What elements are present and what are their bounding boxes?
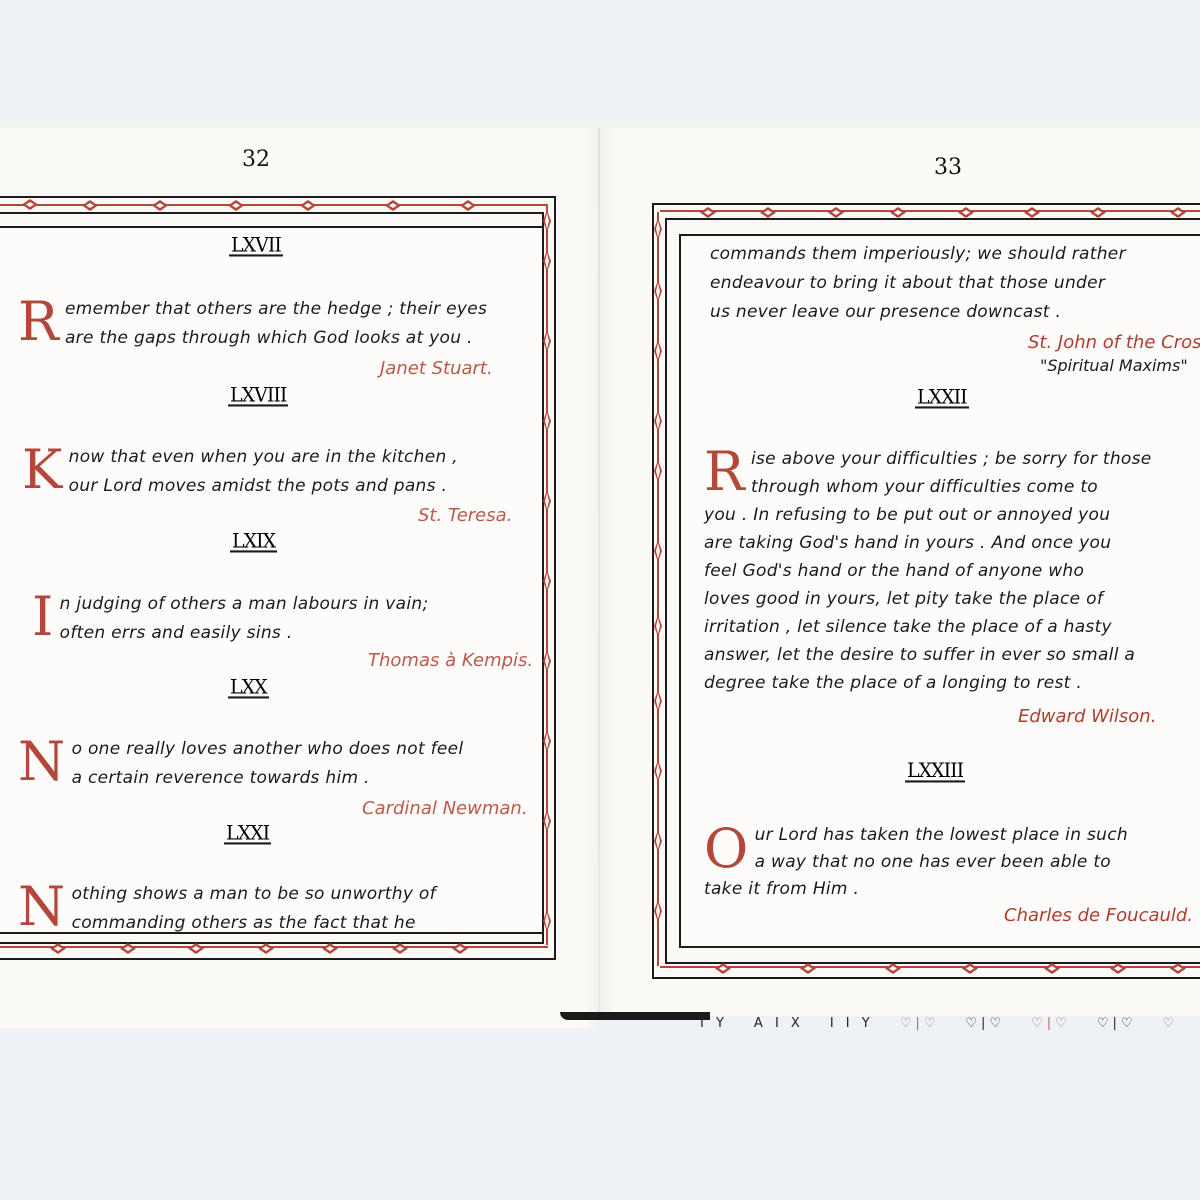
book-cover-edge (560, 1012, 710, 1020)
right-red-rule-top (660, 210, 1200, 212)
quote-line: commands them imperiously; we should rat… (710, 240, 1126, 269)
quote-line: degree take the place of a longing to re… (704, 669, 1135, 697)
quote-line: o one really loves another who does not … (18, 735, 410, 764)
quote-attribution: Cardinal Newman. (362, 798, 528, 819)
quote-line: are taking God's hand in yours . And onc… (704, 529, 1135, 557)
drop-cap: O (704, 824, 749, 874)
entry-numeral: LXXI (224, 824, 271, 845)
quote-line: ise above your difficulties ; be sorry f… (704, 445, 1135, 473)
book-gutter (598, 128, 600, 1018)
drop-cap: N (18, 882, 66, 932)
quote-attribution: Janet Stuart. (380, 358, 493, 379)
drop-cap: R (18, 297, 59, 347)
quote-text: R emember that others are the hedge ; th… (18, 295, 440, 353)
quote-text: N othing shows a man to be so unworthy o… (18, 880, 382, 938)
quote-attribution: St. Teresa. (418, 505, 512, 526)
quote-line: often errs and easily sins . (32, 619, 401, 648)
quote-line: othing shows a man to be so unworthy of (18, 880, 382, 909)
right-red-rule-left (657, 212, 659, 966)
quote-attribution: Edward Wilson. (1018, 706, 1156, 727)
quote-attribution: Thomas à Kempis. (368, 650, 533, 671)
quote-text: K now that even when you are in the kitc… (22, 443, 411, 501)
entry-numeral: LXVIII (228, 386, 288, 407)
quote-text: O ur Lord has taken the lowest place in … (704, 822, 1077, 903)
quote-line: take it from Him . (704, 876, 1077, 903)
quote-source: "Spiritual Maxims" (1040, 356, 1188, 375)
page-number-right: 33 (934, 155, 962, 180)
quote-line: through whom your difficulties come to (704, 473, 1135, 501)
entry-numeral: LXVII (229, 236, 283, 257)
entry-numeral: LXIX (230, 532, 277, 553)
quote-line: you . In refusing to be put out or annoy… (704, 501, 1135, 529)
page-number-left: 32 (242, 147, 270, 172)
quote-attribution: St. John of the Cross (1028, 332, 1200, 353)
quote-line: now that even when you are in the kitche… (22, 443, 411, 472)
quote-text: R ise above your difficulties ; be sorry… (704, 445, 1135, 697)
drop-cap: I (32, 592, 54, 642)
quote-continuation: commands them imperiously; we should rat… (710, 240, 1126, 327)
drop-cap: K (22, 445, 63, 495)
quote-line: our Lord moves amidst the pots and pans … (22, 472, 411, 501)
quote-text: N o one really loves another who does no… (18, 735, 410, 793)
drop-cap: R (704, 447, 745, 497)
entry-numeral: LXXIII (905, 762, 965, 783)
quote-text: I n judging of others a man labours in v… (32, 590, 401, 648)
quote-line: loves good in yours, let pity take the p… (704, 585, 1135, 613)
quote-line: ur Lord has taken the lowest place in su… (704, 822, 1077, 849)
quote-line: irritation , let silence take the place … (704, 613, 1135, 641)
quote-line: us never leave our presence downcast . (710, 298, 1126, 327)
quote-line: feel God's hand or the hand of anyone wh… (704, 557, 1135, 585)
quote-line: a way that no one has ever been able to (704, 849, 1077, 876)
quote-line: emember that others are the hedge ; thei… (18, 295, 440, 324)
quote-line: n judging of others a man labours in vai… (32, 590, 401, 619)
quote-line: are the gaps through which God looks at … (18, 324, 440, 353)
drop-cap: N (18, 737, 66, 787)
quote-attribution: Charles de Foucauld. (1004, 905, 1193, 926)
quote-line: commanding others as the fact that he (18, 909, 382, 938)
quote-line: a certain reverence towards him . (18, 764, 410, 793)
quote-line: endeavour to bring it about that those u… (710, 269, 1126, 298)
entry-numeral: LXXII (915, 388, 969, 409)
quote-line: answer, let the desire to suffer in ever… (704, 641, 1135, 669)
endpaper-ornaments: I YA I XI I Y♡|♡♡|♡♡|♡♡|♡♡ (700, 1016, 1200, 1030)
entry-numeral: LXX (228, 678, 269, 699)
